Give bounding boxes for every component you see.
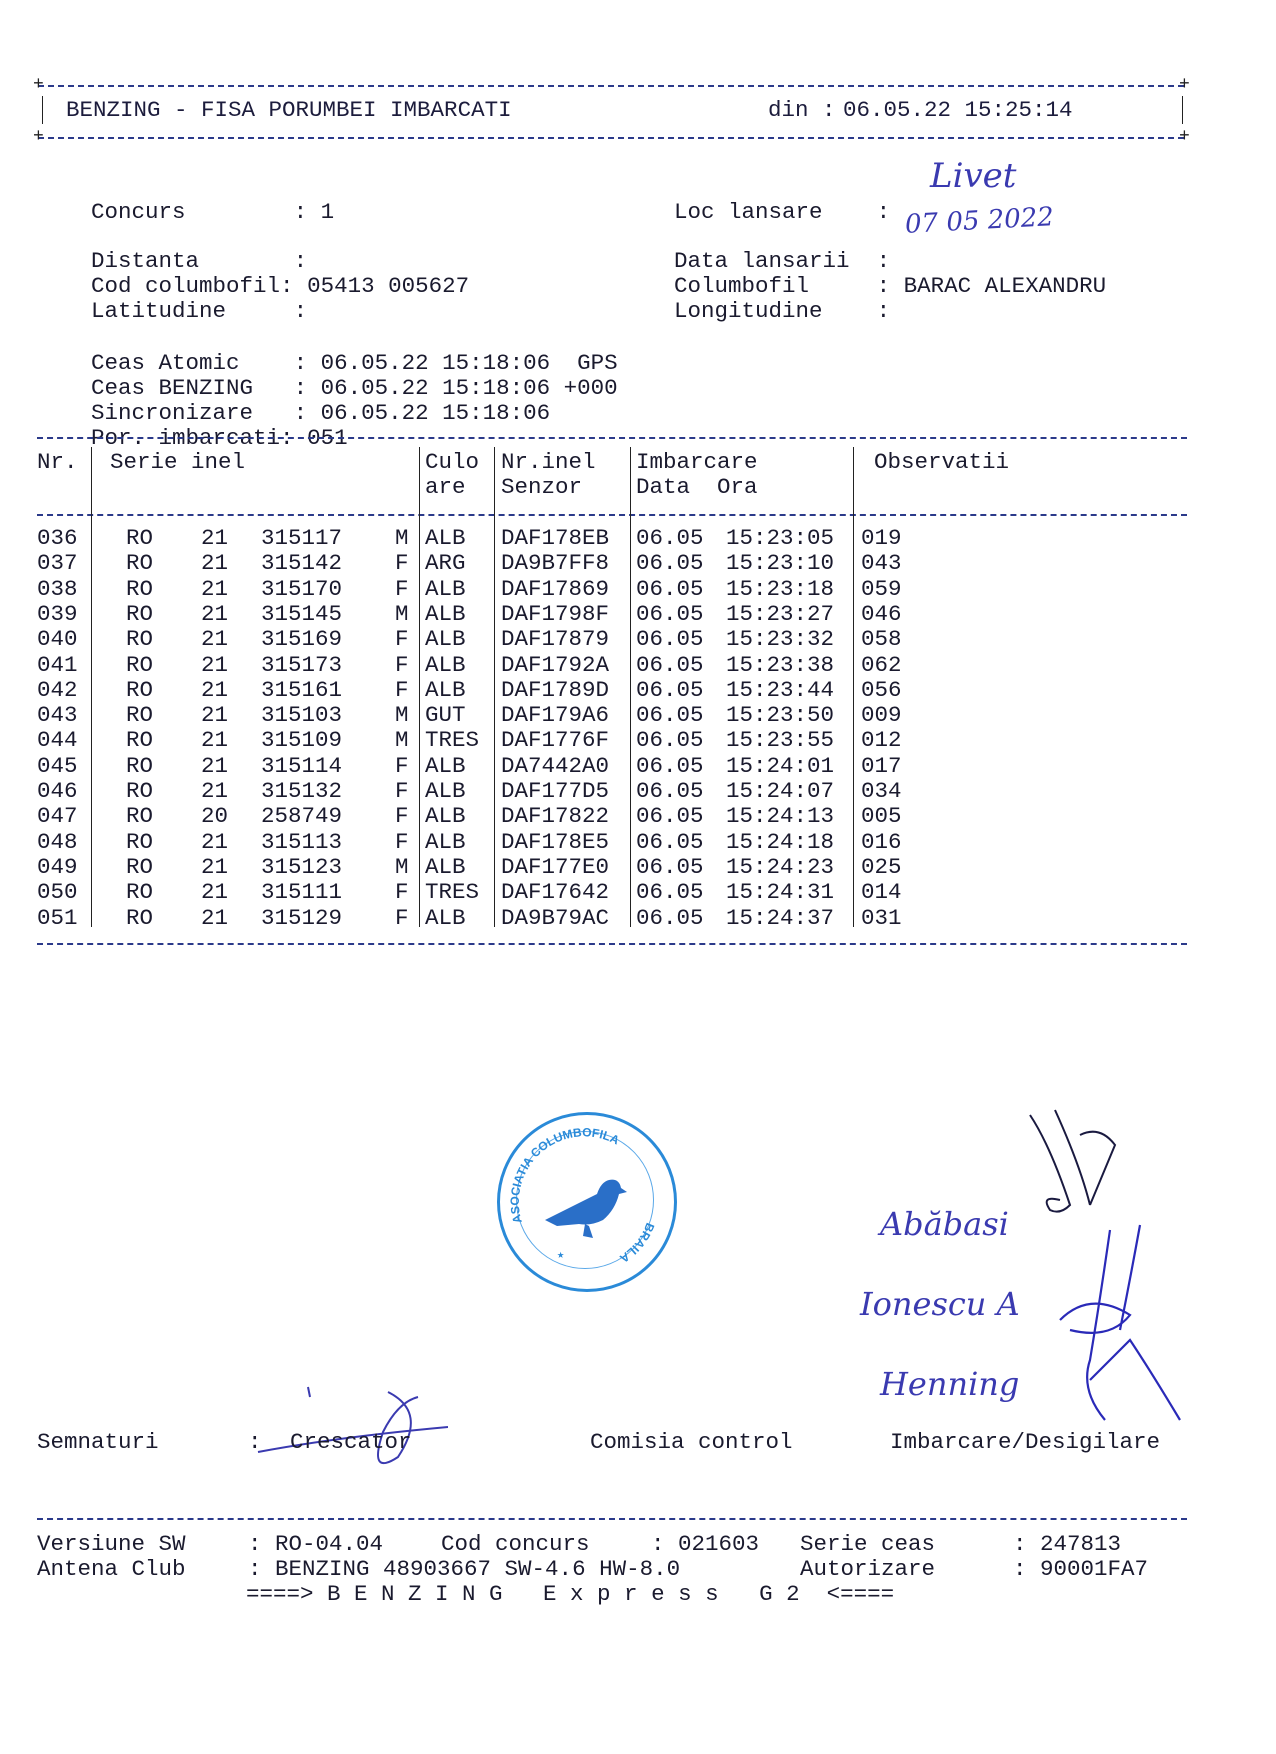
- cell-senzor: DAF17642: [501, 880, 609, 905]
- cell-ora: 15:23:50: [726, 703, 834, 728]
- cell-observatii: 014: [861, 880, 902, 905]
- footer-serie-ceas-label: Serie ceas: [800, 1532, 935, 1557]
- cell-senzor: DAF17879: [501, 627, 609, 652]
- col-header-imbarcare: Imbarcare: [636, 450, 758, 475]
- cell-observatii: 016: [861, 830, 902, 855]
- cell-sex: M: [395, 855, 409, 880]
- footer-cod-concurs-label: Cod concurs: [441, 1532, 590, 1557]
- cell-culoare: ALB: [425, 804, 466, 829]
- cell-nr: 039: [37, 602, 78, 627]
- cell-culoare: ALB: [425, 855, 466, 880]
- cell-culoare: ALB: [425, 526, 466, 551]
- cell-culoare: ALB: [425, 779, 466, 804]
- cell-senzor: DA7442A0: [501, 754, 609, 779]
- cell-sex: F: [395, 779, 409, 804]
- cell-an: 21: [201, 728, 228, 753]
- cell-data: 06.05: [636, 577, 704, 602]
- cell-nr: 037: [37, 551, 78, 576]
- table-top-rule: [37, 437, 1187, 439]
- stamp-bottom-text: BRAILA: [617, 1221, 657, 1266]
- table-row: 045RO21315114FALBDA7442A006.0515:24:0101…: [0, 754, 1276, 779]
- cell-nr: 050: [37, 880, 78, 905]
- table-row: 044RO21315109MTRESDAF1776F06.0515:23:550…: [0, 728, 1276, 753]
- corner-plus: +: [1179, 76, 1190, 94]
- cell-inel: 315169: [261, 627, 342, 652]
- cell-tara: RO: [126, 804, 153, 829]
- cell-ora: 15:23:05: [726, 526, 834, 551]
- table-row: 040RO21315169FALBDAF1787906.0515:23:3205…: [0, 627, 1276, 652]
- footer-versiune-value: : RO-04.04: [248, 1532, 383, 1557]
- din-label: din :: [768, 98, 836, 123]
- table-row: 048RO21315113FALBDAF178E506.0515:24:1801…: [0, 830, 1276, 855]
- cell-senzor: DAF1798F: [501, 602, 609, 627]
- cell-tara: RO: [126, 906, 153, 931]
- cell-ora: 15:23:55: [726, 728, 834, 753]
- cell-observatii: 019: [861, 526, 902, 551]
- signature-crescator: [248, 1382, 448, 1472]
- document-title: BENZING - FISA PORUMBEI IMBARCATI: [66, 98, 512, 123]
- cell-culoare: TRES: [425, 880, 479, 905]
- cell-tara: RO: [126, 830, 153, 855]
- table-row: 038RO21315170FALBDAF1786906.0515:23:1805…: [0, 577, 1276, 602]
- table-row: 049RO21315123MALBDAF177E006.0515:24:2302…: [0, 855, 1276, 880]
- cell-sex: F: [395, 627, 409, 652]
- cell-data: 06.05: [636, 627, 704, 652]
- cell-data: 06.05: [636, 526, 704, 551]
- cell-inel: 315173: [261, 653, 342, 678]
- cell-an: 21: [201, 880, 228, 905]
- corner-plus: +: [33, 128, 44, 146]
- col-header-culoare-2: are: [425, 475, 466, 500]
- cell-an: 20: [201, 804, 228, 829]
- table-row: 051RO21315129FALBDA9B79AC06.0515:24:3703…: [0, 906, 1276, 931]
- cell-ora: 15:24:23: [726, 855, 834, 880]
- columbofil-name: BARAC ALEXANDRU: [904, 273, 1107, 299]
- cell-ora: 15:24:01: [726, 754, 834, 779]
- cell-inel: 315109: [261, 728, 342, 753]
- cell-senzor: DAF17869: [501, 577, 609, 602]
- cell-an: 21: [201, 855, 228, 880]
- col-header-culoare: Culo: [425, 450, 479, 475]
- footer-banner: ====> B E N Z I N G E x p r e s s G 2 <=…: [246, 1582, 894, 1607]
- table-bottom-rule: [37, 943, 1187, 945]
- handwritten-name-2: Ionescu A: [860, 1285, 1020, 1323]
- cell-inel: 315161: [261, 678, 342, 703]
- cell-sex: M: [395, 602, 409, 627]
- signatures-sep: :: [248, 1430, 262, 1455]
- cell-nr: 047: [37, 804, 78, 829]
- cell-culoare: ALB: [425, 830, 466, 855]
- cell-sex: F: [395, 678, 409, 703]
- cell-an: 21: [201, 653, 228, 678]
- footer-rule: [37, 1518, 1187, 1520]
- cell-observatii: 043: [861, 551, 902, 576]
- cell-nr: 043: [37, 703, 78, 728]
- cell-sex: M: [395, 728, 409, 753]
- cell-senzor: DA9B79AC: [501, 906, 609, 931]
- cell-data: 06.05: [636, 880, 704, 905]
- cell-inel: 315123: [261, 855, 342, 880]
- cell-observatii: 025: [861, 855, 902, 880]
- cell-an: 21: [201, 906, 228, 931]
- cell-senzor: DA9B7FF8: [501, 551, 609, 576]
- table-row: 037RO21315142FARGDA9B7FF806.0515:23:1004…: [0, 551, 1276, 576]
- table-row: 050RO21315111FTRESDAF1764206.0515:24:310…: [0, 880, 1276, 905]
- cell-an: 21: [201, 678, 228, 703]
- handwritten-name-3: Henning: [880, 1365, 1019, 1403]
- cell-data: 06.05: [636, 906, 704, 931]
- col-header-senzor: Nr.inel: [501, 450, 596, 475]
- signature-imbarcare-label: Imbarcare/Desigilare: [890, 1430, 1160, 1455]
- cell-culoare: ALB: [425, 678, 466, 703]
- cell-tara: RO: [126, 855, 153, 880]
- cell-nr: 036: [37, 526, 78, 551]
- cell-inel: 315113: [261, 830, 342, 855]
- cell-observatii: 017: [861, 754, 902, 779]
- cell-tara: RO: [126, 678, 153, 703]
- cell-an: 21: [201, 830, 228, 855]
- cell-data: 06.05: [636, 804, 704, 829]
- cell-culoare: GUT: [425, 703, 466, 728]
- cell-sex: F: [395, 551, 409, 576]
- cell-ora: 15:23:10: [726, 551, 834, 576]
- cell-tara: RO: [126, 728, 153, 753]
- cell-inel: 315145: [261, 602, 342, 627]
- cell-data: 06.05: [636, 551, 704, 576]
- cell-culoare: ALB: [425, 754, 466, 779]
- cell-observatii: 012: [861, 728, 902, 753]
- header-top-rule: [38, 85, 1184, 87]
- cell-an: 21: [201, 526, 228, 551]
- footer-versiune-label: Versiune SW: [37, 1532, 186, 1557]
- cell-ora: 15:24:37: [726, 906, 834, 931]
- cell-culoare: ALB: [425, 577, 466, 602]
- cell-data: 06.05: [636, 602, 704, 627]
- cell-data: 06.05: [636, 678, 704, 703]
- info-row-longitudine: Longitudine :: [620, 274, 904, 350]
- cell-nr: 045: [37, 754, 78, 779]
- footer-autorizare-value: : 90001FA7: [1013, 1557, 1148, 1582]
- cell-senzor: DAF1789D: [501, 678, 609, 703]
- cell-data: 06.05: [636, 703, 704, 728]
- cell-senzor: DAF1792A: [501, 653, 609, 678]
- stamp-star-icon: ★: [557, 1248, 564, 1262]
- cell-nr: 041: [37, 653, 78, 678]
- cell-ora: 15:23:44: [726, 678, 834, 703]
- cell-tara: RO: [126, 880, 153, 905]
- cell-sex: M: [395, 526, 409, 551]
- col-header-observatii: Observatii: [874, 450, 1009, 475]
- corner-plus: +: [1179, 128, 1190, 146]
- footer-autorizare-label: Autorizare: [800, 1557, 935, 1582]
- table-row: 043RO21315103MGUTDAF179A606.0515:23:5000…: [0, 703, 1276, 728]
- cell-culoare: ALB: [425, 627, 466, 652]
- cell-sex: F: [395, 754, 409, 779]
- handwritten-loc-lansare: Livet: [930, 156, 1016, 196]
- cell-an: 21: [201, 551, 228, 576]
- cell-culoare: ALB: [425, 906, 466, 931]
- table-row: 041RO21315173FALBDAF1792A06.0515:23:3806…: [0, 653, 1276, 678]
- cell-observatii: 059: [861, 577, 902, 602]
- table-row: 039RO21315145MALBDAF1798F06.0515:23:2704…: [0, 602, 1276, 627]
- concurs-value: 1: [321, 199, 335, 225]
- cell-an: 21: [201, 577, 228, 602]
- table-row: 036RO21315117MALBDAF178EB06.0515:23:0501…: [0, 526, 1276, 551]
- cell-sex: M: [395, 703, 409, 728]
- cell-senzor: DAF177E0: [501, 855, 609, 880]
- cell-observatii: 058: [861, 627, 902, 652]
- signatures-label: Semnaturi: [37, 1430, 159, 1455]
- cell-sex: F: [395, 577, 409, 602]
- cell-ora: 15:24:07: [726, 779, 834, 804]
- cell-nr: 038: [37, 577, 78, 602]
- signature-crescator-label: Crescator: [290, 1430, 412, 1455]
- din-timestamp: 06.05.22 15:25:14: [843, 98, 1073, 123]
- cell-an: 21: [201, 602, 228, 627]
- cell-senzor: DAF17822: [501, 804, 609, 829]
- cell-inel: 315132: [261, 779, 342, 804]
- cell-observatii: 062: [861, 653, 902, 678]
- cell-culoare: ARG: [425, 551, 466, 576]
- footer-antena-label: Antena Club: [37, 1557, 186, 1582]
- signature-scribble-top: [1020, 1105, 1140, 1225]
- association-stamp: ASOCIATIA COLUMBOFILA BRAILA ★: [497, 1112, 677, 1292]
- cod-columbofil-value: 05413 005627: [307, 273, 469, 299]
- cell-nr: 040: [37, 627, 78, 652]
- cell-observatii: 056: [861, 678, 902, 703]
- cell-inel: 315114: [261, 754, 342, 779]
- cell-observatii: 031: [861, 906, 902, 931]
- cell-nr: 051: [37, 906, 78, 931]
- handwritten-data-lansarii: 07 05 2022: [904, 202, 1054, 240]
- cell-ora: 15:23:38: [726, 653, 834, 678]
- cell-inel: 315142: [261, 551, 342, 576]
- cell-data: 06.05: [636, 653, 704, 678]
- cell-observatii: 005: [861, 804, 902, 829]
- cell-tara: RO: [126, 703, 153, 728]
- cell-observatii: 034: [861, 779, 902, 804]
- cell-data: 06.05: [636, 728, 704, 753]
- cell-ora: 15:24:18: [726, 830, 834, 855]
- cell-nr: 049: [37, 855, 78, 880]
- footer-cod-concurs-value: : 021603: [651, 1532, 759, 1557]
- cell-tara: RO: [126, 627, 153, 652]
- cell-inel: 315117: [261, 526, 342, 551]
- cell-inel: 315103: [261, 703, 342, 728]
- cell-tara: RO: [126, 551, 153, 576]
- cell-nr: 044: [37, 728, 78, 753]
- cell-sex: F: [395, 653, 409, 678]
- cell-data: 06.05: [636, 830, 704, 855]
- cell-sex: F: [395, 906, 409, 931]
- cell-tara: RO: [126, 779, 153, 804]
- cell-nr: 042: [37, 678, 78, 703]
- cell-ora: 15:24:31: [726, 880, 834, 905]
- cell-senzor: DAF178E5: [501, 830, 609, 855]
- header-bottom-rule: [38, 137, 1184, 139]
- cell-an: 21: [201, 703, 228, 728]
- footer-antena-value: : BENZING 48903667 SW-4.6 HW-8.0: [248, 1557, 680, 1582]
- cell-ora: 15:23:27: [726, 602, 834, 627]
- cell-sex: F: [395, 830, 409, 855]
- col-header-serie: Serie inel: [110, 450, 245, 475]
- cell-tara: RO: [126, 602, 153, 627]
- signature-comisia-label: Comisia control: [590, 1430, 793, 1455]
- cell-senzor: DAF178EB: [501, 526, 609, 551]
- cell-inel: 315111: [261, 880, 342, 905]
- footer-serie-ceas-value: : 247813: [1013, 1532, 1121, 1557]
- col-header-imbarcare-2: Data Ora: [636, 475, 758, 500]
- cell-data: 06.05: [636, 779, 704, 804]
- pigeon-icon: [545, 1180, 627, 1238]
- cell-data: 06.05: [636, 754, 704, 779]
- cell-inel: 315129: [261, 906, 342, 931]
- cell-an: 21: [201, 779, 228, 804]
- cell-observatii: 009: [861, 703, 902, 728]
- cell-an: 21: [201, 627, 228, 652]
- cell-culoare: ALB: [425, 653, 466, 678]
- cell-sex: F: [395, 804, 409, 829]
- header-right-border: [1182, 96, 1183, 124]
- cell-ora: 15:23:18: [726, 577, 834, 602]
- cell-senzor: DAF1776F: [501, 728, 609, 753]
- cell-nr: 046: [37, 779, 78, 804]
- cell-culoare: TRES: [425, 728, 479, 753]
- cell-senzor: DAF177D5: [501, 779, 609, 804]
- cell-an: 21: [201, 754, 228, 779]
- col-header-senzor-2: Senzor: [501, 475, 582, 500]
- cell-nr: 048: [37, 830, 78, 855]
- cell-sex: F: [395, 880, 409, 905]
- cell-tara: RO: [126, 577, 153, 602]
- handwritten-name-1: Abăbasi: [880, 1205, 1009, 1243]
- cell-data: 06.05: [636, 855, 704, 880]
- cell-ora: 15:23:32: [726, 627, 834, 652]
- table-row: 046RO21315132FALBDAF177D506.0515:24:0703…: [0, 779, 1276, 804]
- signature-scribble-right: [1050, 1220, 1190, 1440]
- cell-observatii: 046: [861, 602, 902, 627]
- table-row: 042RO21315161FALBDAF1789D06.0515:23:4405…: [0, 678, 1276, 703]
- header-left-border: [42, 96, 43, 124]
- cell-ora: 15:24:13: [726, 804, 834, 829]
- cell-senzor: DAF179A6: [501, 703, 609, 728]
- cell-tara: RO: [126, 526, 153, 551]
- table-header-rule: [37, 514, 1187, 516]
- cell-inel: 315170: [261, 577, 342, 602]
- table-row: 047RO20258749FALBDAF1782206.0515:24:1300…: [0, 804, 1276, 829]
- col-header-nr: Nr.: [37, 450, 78, 475]
- cell-tara: RO: [126, 754, 153, 779]
- cell-inel: 258749: [261, 804, 342, 829]
- cell-tara: RO: [126, 653, 153, 678]
- corner-plus: +: [33, 76, 44, 94]
- cell-culoare: ALB: [425, 602, 466, 627]
